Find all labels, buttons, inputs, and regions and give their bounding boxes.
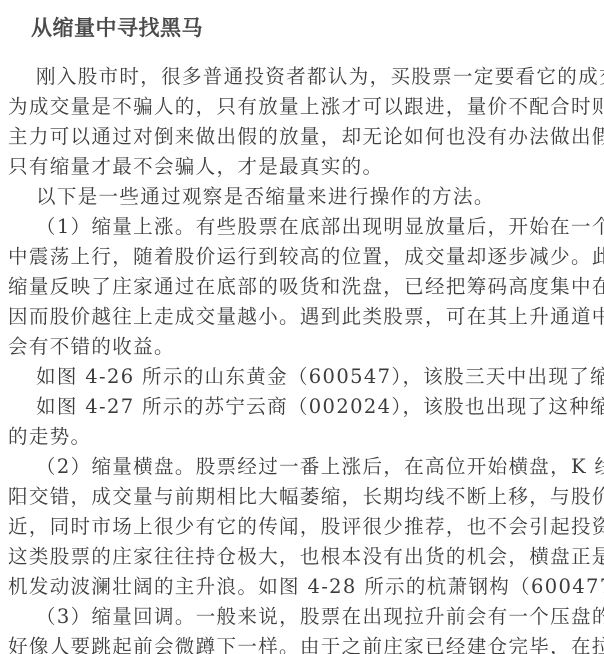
text-line: （2）缩量横盘。股票经过一番上涨后，在高位开始横盘，K 线呈现小阴小: [36, 452, 598, 482]
text-line: 这类股票的庄家往往持仓极大，也根本没有出货的机会，横盘正是在等待时: [8, 542, 598, 572]
text-line: 中震荡上行，随着股价运行到较高的位置，成交量却逐步减少。此类股票的: [8, 242, 598, 272]
text-line: 以下是一些通过观察是否缩量来进行操作的方法。: [36, 182, 598, 212]
text-line: 会有不错的收益。: [8, 332, 598, 362]
text-line: 的走势。: [8, 422, 598, 452]
book-page: 从缩量中寻找黑马 刚入股市时，很多普通投资者都认为，买股票一定要看它的成交量，因…: [0, 0, 604, 654]
text-line: 缩量反映了庄家通过在底部的吸货和洗盘，已经把筹码高度集中在自己手中，: [8, 272, 598, 302]
section-title: 从缩量中寻找黑马: [31, 14, 203, 42]
text-line: （3）缩量回调。一般来说，股票在出现拉升前会有一个压盘的特征，就: [36, 602, 598, 632]
text-line: 只有缩量才最不会骗人，才是最真实的。: [8, 152, 598, 182]
text-line: 为成交量是不骗人的，只有放量上涨才可以跟进，量价不配合时则只能观望。: [8, 92, 598, 122]
text-line: 近，同时市场上很少有它的传闻，股评很少推荐，也不会引起投资者的注意。: [8, 512, 598, 542]
text-line: 如图 4-26 所示的山东黄金（600547），该股三天中出现了缩量上涨的走势。: [36, 362, 598, 392]
text-line: 因而股价越往上走成交量越小。遇到此类股票，可在其上升通道中逢低吸纳，: [8, 302, 598, 332]
text-line: 如图 4-27 所示的苏宁云商（002024），该股也出现了这种缩量向上攻击: [36, 392, 598, 422]
text-line: （1）缩量上涨。有些股票在底部出现明显放量后，开始在一个上升通道: [36, 212, 598, 242]
text-line: 刚入股市时，很多普通投资者都认为，买股票一定要看它的成交量，因: [36, 62, 598, 92]
text-line: 主力可以通过对倒来做出假的放量，却无论如何也没有办法做出假的缩量，: [8, 122, 598, 152]
text-line: 好像人要跳起前会微蹲下一样。由于之前庄家已经建仓完毕，在拉升前进行: [8, 632, 598, 654]
text-line: 机发动波澜壮阔的主升浪。如图 4-28 所示的杭萧钢构（600477）走势图。: [8, 572, 598, 602]
text-line: 阳交错，成交量与前期相比大幅萎缩，长期均线不断上移，与股价越来越接: [8, 482, 598, 512]
